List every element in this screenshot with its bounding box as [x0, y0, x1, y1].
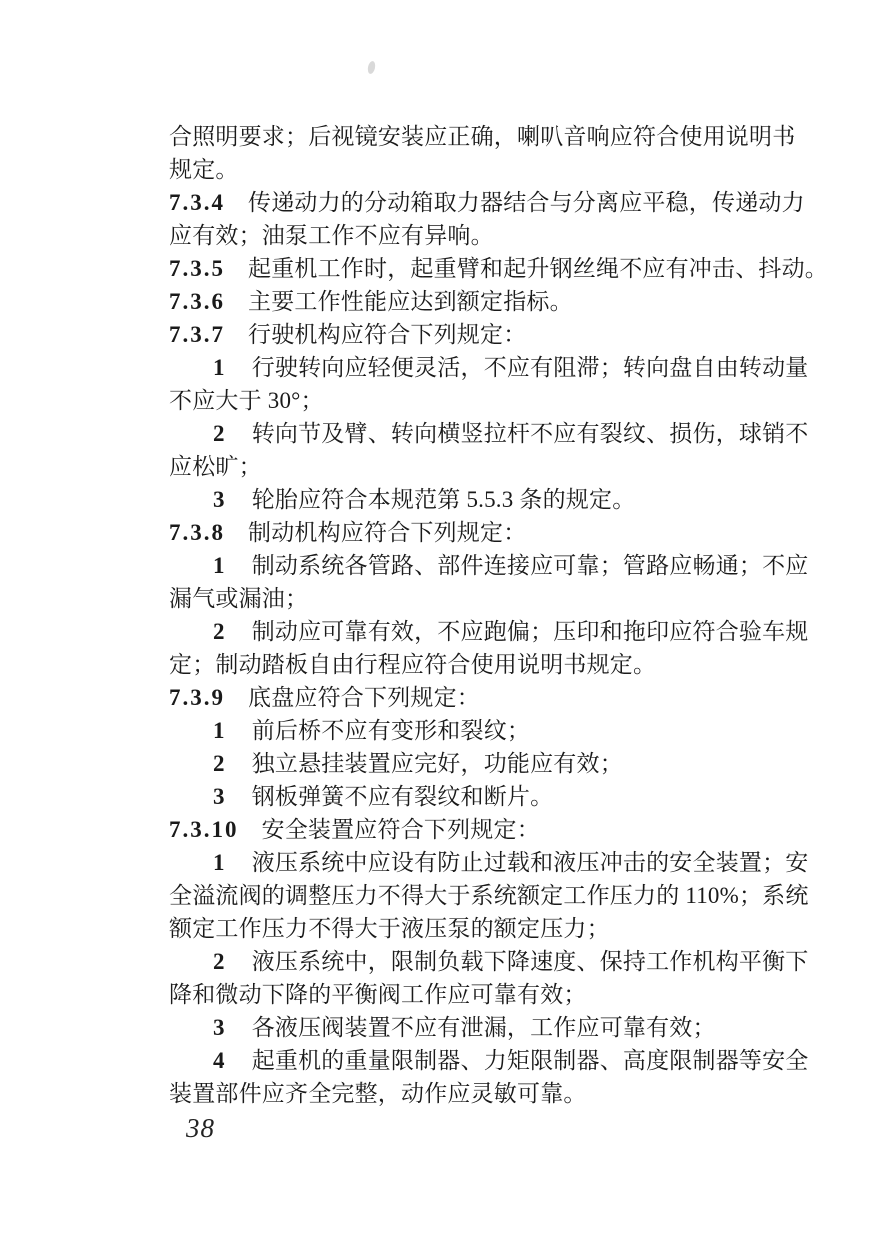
line-text: 制动系统各管路、部件连接应可靠；管路应畅通；不应: [252, 553, 809, 578]
text-line: 2转向节及臂、转向横竖拉杆不应有裂纹、损伤，球销不: [169, 417, 829, 450]
clause-paragraph: 7.3.9底盘应符合下列规定：: [169, 681, 829, 714]
clause-paragraph: 7.3.5起重机工作时，起重臂和起升钢丝绳不应有冲击、抖动。: [169, 252, 829, 285]
item-number: 1: [213, 718, 225, 743]
text-line: 2独立悬挂装置应完好，功能应有效；: [169, 747, 829, 780]
line-text: 行驶机构应符合下列规定：: [248, 322, 526, 347]
text-line: 2液压系统中，限制负载下降速度、保持工作机构平衡下: [169, 945, 829, 978]
text-line: 1液压系统中应设有防止过载和液压冲击的安全装置；安: [169, 846, 829, 879]
line-text: 轮胎应符合本规范第 5.5.3 条的规定。: [252, 487, 636, 512]
clause-paragraph: 7.3.8制动机构应符合下列规定：: [169, 516, 829, 549]
clause-paragraph: 7.3.6主要工作性能应达到额定指标。: [169, 285, 829, 318]
item-number: 2: [213, 751, 225, 776]
clause-paragraph: 7.3.10安全装置应符合下列规定：: [169, 813, 829, 846]
clause-paragraph: 7.3.7行驶机构应符合下列规定：: [169, 318, 829, 351]
text-line: 7.3.9底盘应符合下列规定：: [169, 681, 829, 714]
scan-artifact: [367, 60, 377, 74]
list-item-paragraph: 2制动应可靠有效，不应跑偏；压印和拖印应符合验车规定；制动踏板自由行程应符合使用…: [169, 615, 829, 681]
text-line: 7.3.8制动机构应符合下列规定：: [169, 516, 829, 549]
text-line: 降和微动下降的平衡阀工作应可靠有效；: [169, 978, 829, 1011]
item-number: 3: [213, 1015, 225, 1040]
text-line: 定；制动踏板自由行程应符合使用说明书规定。: [169, 648, 829, 681]
line-text: 液压系统中，限制负载下降速度、保持工作机构平衡下: [252, 949, 809, 974]
text-line: 漏气或漏油；: [169, 582, 829, 615]
item-number: 1: [213, 553, 225, 578]
text-line: 合照明要求；后视镜安装应正确，喇叭音响应符合使用说明书: [169, 120, 829, 153]
line-text: 制动机构应符合下列规定：: [248, 520, 526, 545]
item-number: 3: [213, 487, 225, 512]
line-text: 独立悬挂装置应完好，功能应有效；: [252, 751, 623, 776]
text-line: 全溢流阀的调整压力不得大于系统额定工作压力的 110%；系统: [169, 879, 829, 912]
clause-paragraph: 7.3.4传递动力的分动箱取力器结合与分离应平稳，传递动力应有效；油泵工作不应有…: [169, 186, 829, 252]
text-line: 装置部件应齐全完整，动作应灵敏可靠。: [169, 1077, 829, 1110]
list-item-paragraph: 4起重机的重量限制器、力矩限制器、高度限制器等安全装置部件应齐全完整，动作应灵敏…: [169, 1044, 829, 1110]
text-line: 应松旷；: [169, 450, 829, 483]
clause-number: 7.3.4: [169, 190, 225, 215]
line-text: 安全装置应符合下列规定：: [262, 817, 540, 842]
item-number: 3: [213, 784, 225, 809]
text-line: 3钢板弹簧不应有裂纹和断片。: [169, 780, 829, 813]
line-text: 主要工作性能应达到额定指标。: [248, 289, 573, 314]
item-number: 1: [213, 355, 225, 380]
page-number: 38: [186, 1112, 215, 1144]
line-text: 前后桥不应有变形和裂纹；: [252, 718, 530, 743]
text-line: 7.3.4传递动力的分动箱取力器结合与分离应平稳，传递动力: [169, 186, 829, 219]
clause-number: 7.3.5: [169, 256, 225, 281]
text-line: 额定工作压力不得大于液压泵的额定压力；: [169, 912, 829, 945]
list-item-paragraph: 3轮胎应符合本规范第 5.5.3 条的规定。: [169, 483, 829, 516]
item-number: 2: [213, 949, 225, 974]
line-text: 钢板弹簧不应有裂纹和断片。: [252, 784, 554, 809]
text-line: 7.3.7行驶机构应符合下列规定：: [169, 318, 829, 351]
text-line: 不应大于 30°；: [169, 384, 829, 417]
item-number: 1: [213, 850, 225, 875]
line-text: 行驶转向应轻便灵活，不应有阻滞；转向盘自由转动量: [252, 355, 809, 380]
text-line: 1制动系统各管路、部件连接应可靠；管路应畅通；不应: [169, 549, 829, 582]
line-text: 转向节及臂、转向横竖拉杆不应有裂纹、损伤，球销不: [252, 421, 809, 446]
item-number: 2: [213, 619, 225, 644]
text-line: 2制动应可靠有效，不应跑偏；压印和拖印应符合验车规: [169, 615, 829, 648]
text-line: 4起重机的重量限制器、力矩限制器、高度限制器等安全: [169, 1044, 829, 1077]
line-text: 各液压阀装置不应有泄漏，工作应可靠有效；: [252, 1015, 716, 1040]
clause-number: 7.3.8: [169, 520, 225, 545]
text-line: 1前后桥不应有变形和裂纹；: [169, 714, 829, 747]
line-text: 起重机的重量限制器、力矩限制器、高度限制器等安全: [252, 1048, 809, 1073]
clause-number: 7.3.6: [169, 289, 225, 314]
text-line: 7.3.6主要工作性能应达到额定指标。: [169, 285, 829, 318]
text-line: 应有效；油泵工作不应有异响。: [169, 219, 829, 252]
page-body-text: 合照明要求；后视镜安装应正确，喇叭音响应符合使用说明书规定。7.3.4传递动力的…: [169, 120, 829, 1110]
list-item-paragraph: 3各液压阀装置不应有泄漏，工作应可靠有效；: [169, 1011, 829, 1044]
clause-number: 7.3.10: [169, 817, 239, 842]
list-item-paragraph: 2转向节及臂、转向横竖拉杆不应有裂纹、损伤，球销不应松旷；: [169, 417, 829, 483]
text-line: 规定。: [169, 153, 829, 186]
list-item-paragraph: 1制动系统各管路、部件连接应可靠；管路应畅通；不应漏气或漏油；: [169, 549, 829, 615]
list-item-paragraph: 1行驶转向应轻便灵活，不应有阻滞；转向盘自由转动量不应大于 30°；: [169, 351, 829, 417]
list-item-paragraph: 1前后桥不应有变形和裂纹；: [169, 714, 829, 747]
text-line: 7.3.5起重机工作时，起重臂和起升钢丝绳不应有冲击、抖动。: [169, 252, 829, 285]
list-item-paragraph: 3钢板弹簧不应有裂纹和断片。: [169, 780, 829, 813]
list-item-paragraph: 2液压系统中，限制负载下降速度、保持工作机构平衡下降和微动下降的平衡阀工作应可靠…: [169, 945, 829, 1011]
line-text: 起重机工作时，起重臂和起升钢丝绳不应有冲击、抖动。: [248, 256, 828, 281]
item-number: 4: [213, 1048, 225, 1073]
clause-number: 7.3.9: [169, 685, 225, 710]
text-line: 3轮胎应符合本规范第 5.5.3 条的规定。: [169, 483, 829, 516]
item-number: 2: [213, 421, 225, 446]
line-text: 液压系统中应设有防止过载和液压冲击的安全装置；安: [252, 850, 809, 875]
continuation-paragraph: 合照明要求；后视镜安装应正确，喇叭音响应符合使用说明书规定。: [169, 120, 829, 186]
clause-number: 7.3.7: [169, 322, 225, 347]
list-item-paragraph: 1液压系统中应设有防止过载和液压冲击的安全装置；安全溢流阀的调整压力不得大于系统…: [169, 846, 829, 945]
line-text: 传递动力的分动箱取力器结合与分离应平稳，传递动力: [248, 190, 805, 215]
text-line: 7.3.10安全装置应符合下列规定：: [169, 813, 829, 846]
text-line: 1行驶转向应轻便灵活，不应有阻滞；转向盘自由转动量: [169, 351, 829, 384]
line-text: 制动应可靠有效，不应跑偏；压印和拖印应符合验车规: [252, 619, 809, 644]
list-item-paragraph: 2独立悬挂装置应完好，功能应有效；: [169, 747, 829, 780]
document-page: 合照明要求；后视镜安装应正确，喇叭音响应符合使用说明书规定。7.3.4传递动力的…: [0, 0, 878, 1241]
line-text: 底盘应符合下列规定：: [248, 685, 480, 710]
text-line: 3各液压阀装置不应有泄漏，工作应可靠有效；: [169, 1011, 829, 1044]
